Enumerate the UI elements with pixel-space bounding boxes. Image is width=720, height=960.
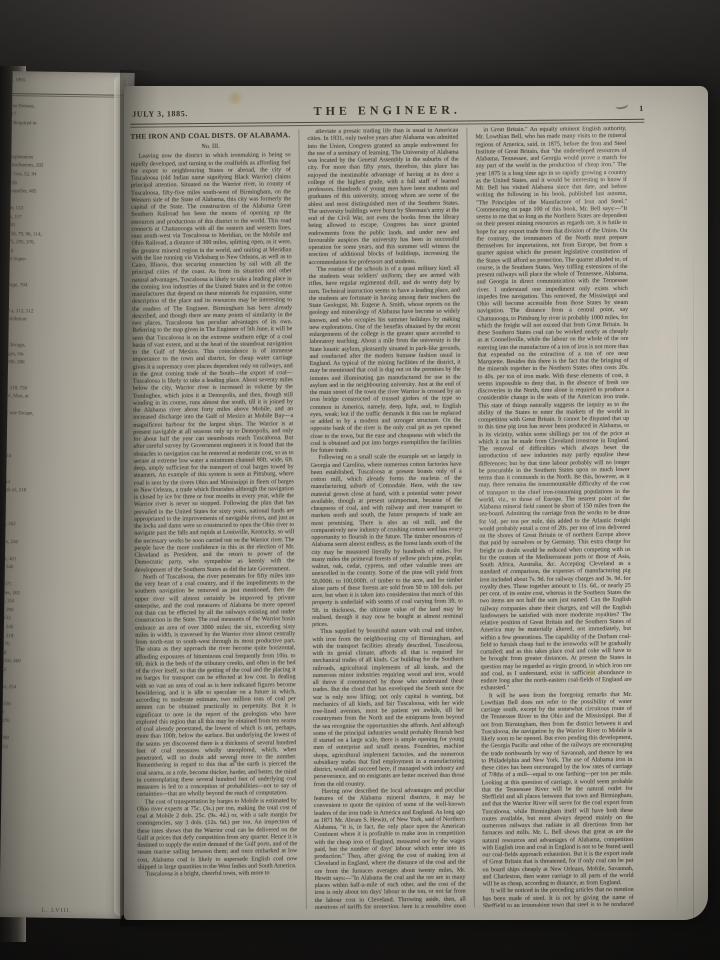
journal-page: JULY 3, 1885. THE ENGINEER. 1 THE IRON A…	[124, 86, 708, 920]
article-title: THE IRON AND COAL DISTS. OF ALABAMA.	[130, 131, 290, 142]
paragraph: The routine of the schools is of a quasi…	[309, 265, 462, 455]
paragraph: It will be noticed in the preceding arti…	[483, 887, 634, 907]
paragraph: It will be seen from the foregoing remar…	[481, 691, 634, 888]
paragraph: Tuscaloosa is a bright, cheerful town, w…	[138, 870, 298, 879]
column-1-body: Leaving now the district in which ironma…	[131, 152, 298, 879]
paragraph: alleviate a prosaic trading life than is…	[307, 128, 459, 267]
paragraph: Having now described the local advantage…	[314, 787, 466, 909]
masthead-title: THE ENGINEER.	[130, 101, 644, 121]
stain	[224, 92, 246, 104]
page-number: 1	[639, 104, 643, 113]
paragraph: Leaving now the district in which ironma…	[131, 152, 295, 574]
bottom-edge-text: L. LVIII.	[41, 908, 72, 914]
page-content: JULY 3, 1885. THE ENGINEER. 1 THE IRON A…	[130, 99, 698, 910]
paragraph: in Great Britain." An equally eminent En…	[475, 126, 631, 693]
article-subtitle: No. III.	[131, 142, 291, 151]
paragraph: Following on a small scale the example s…	[311, 454, 464, 629]
photograph: mary, February 1, 1885.dge, 31a, Darrel'…	[0, 0, 720, 960]
text-column-2: alleviate a prosaic trading life than is…	[298, 128, 465, 909]
text-column-3: in Great Britain." An equally eminent En…	[466, 126, 633, 907]
paragraph: Thus supplied by bountiful nature with c…	[312, 628, 465, 789]
page-header: JULY 3, 1885. THE ENGINEER. 1	[130, 100, 644, 122]
text-columns: THE IRON AND COAL DISTS. OF ALABAMA. No.…	[130, 126, 651, 911]
paragraph: North of Tuscaloosa, the river penetrate…	[135, 573, 297, 799]
text-column-1: THE IRON AND COAL DISTS. OF ALABAMA. No.…	[130, 129, 297, 910]
paragraph: The cost of transportation by barges to …	[137, 798, 298, 872]
